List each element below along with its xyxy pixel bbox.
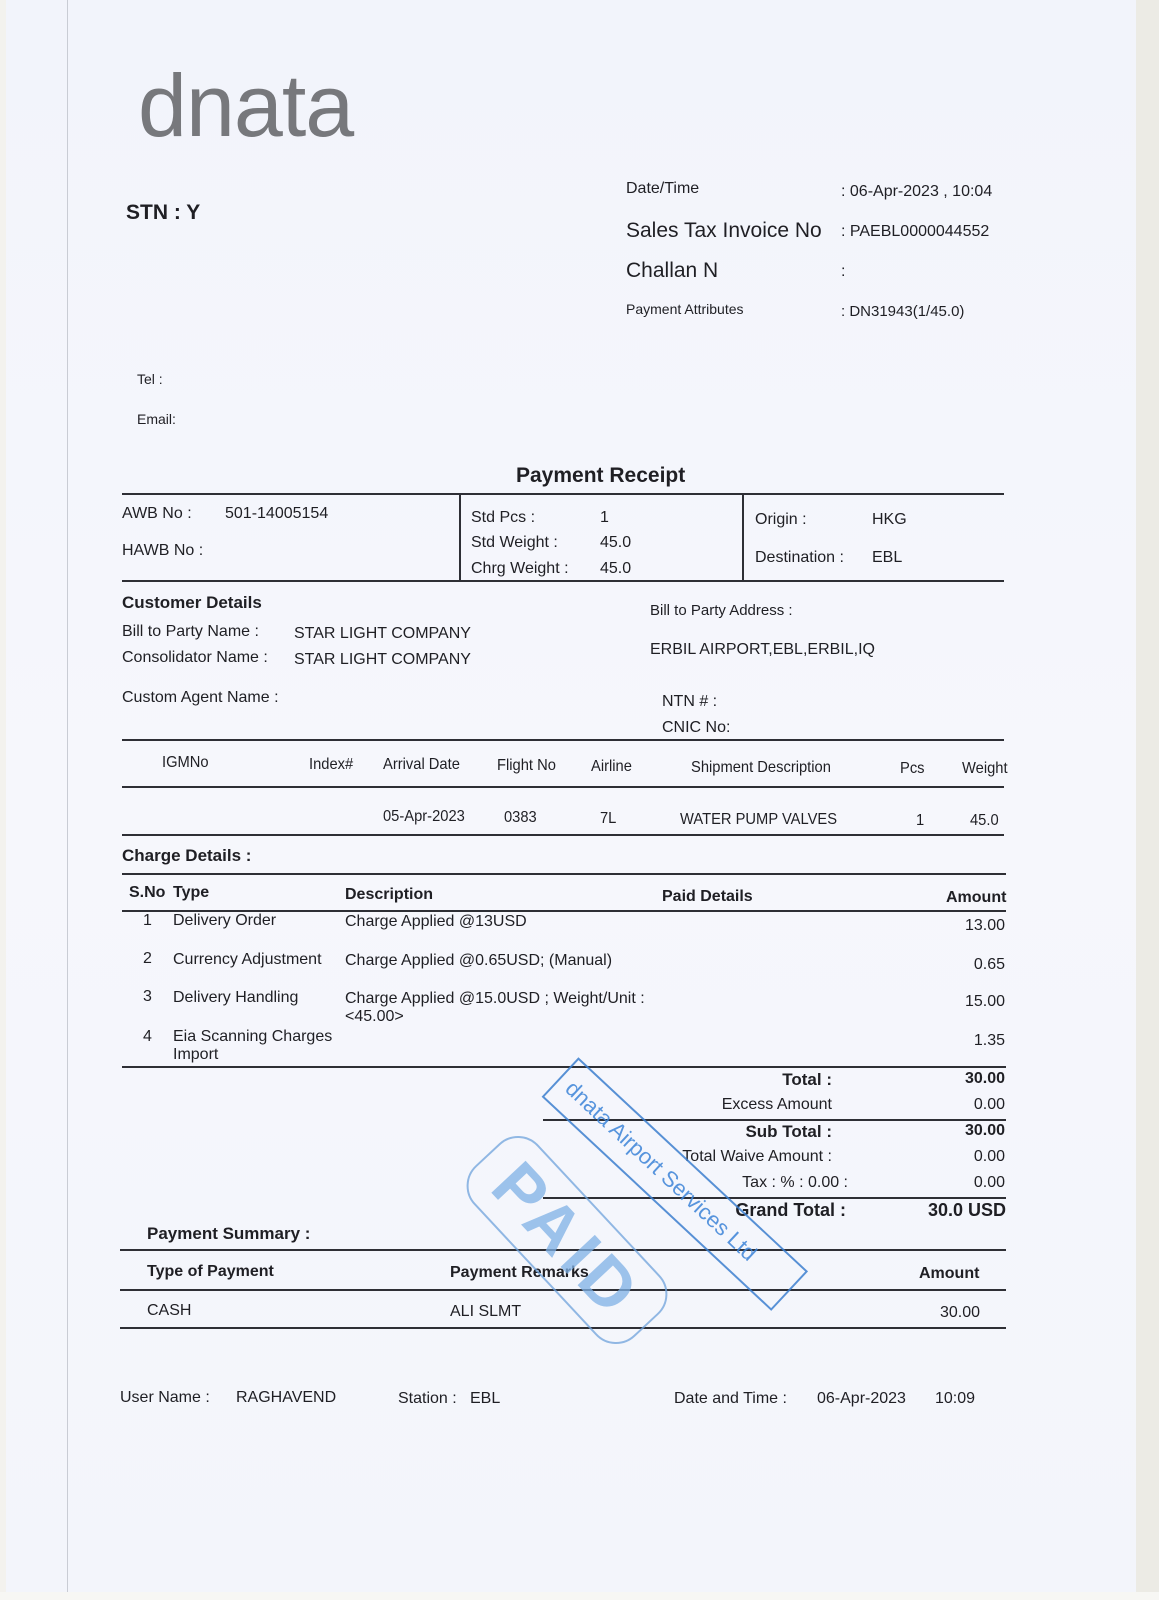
airline-cell: 7L xyxy=(600,810,616,828)
col-sno: S.No xyxy=(129,884,165,902)
consolidator-value: STAR LIGHT COMPANY xyxy=(294,651,471,669)
chrg-weight-label: Chrg Weight : xyxy=(471,560,569,578)
dnata-logo: dnata xyxy=(138,62,353,150)
divider xyxy=(742,494,744,582)
date-time-label: Date/Time xyxy=(626,180,699,198)
footer-datetime-label: Date and Time : xyxy=(674,1390,787,1408)
tax-value: 0.00 xyxy=(900,1174,1005,1192)
ntn-label: NTN # : xyxy=(662,693,717,711)
custom-agent-label: Custom Agent Name : xyxy=(122,689,279,707)
challan-value: : xyxy=(841,263,845,281)
col-shipment-description: Shipment Description xyxy=(691,759,831,777)
cnic-label: CNIC No: xyxy=(662,719,730,737)
payment-amount-cell: 30.00 xyxy=(900,1304,980,1322)
destination-value: EBL xyxy=(872,549,902,567)
bill-to-name-value: STAR LIGHT COMPANY xyxy=(294,625,471,643)
arrival-date-cell: 05-Apr-2023 xyxy=(383,808,465,826)
excess-amount-label: Excess Amount xyxy=(630,1096,832,1114)
email-label: Email: xyxy=(137,411,176,427)
fold-line xyxy=(67,0,68,1592)
payment-attributes-label: Payment Attributes xyxy=(626,301,744,317)
col-arrival-date: Arrival Date xyxy=(383,756,460,774)
grand-total-value: 30.0 USD xyxy=(880,1200,1006,1221)
page-edge xyxy=(1136,0,1159,1600)
col-weight: Weight xyxy=(962,760,1008,778)
type-cell: Eia Scanning Charges xyxy=(173,1028,332,1046)
type-cell: Currency Adjustment xyxy=(173,951,322,969)
col-amount: Amount xyxy=(946,889,1006,907)
waive-amount-value: 0.00 xyxy=(900,1148,1005,1166)
description-cell: Charge Applied @13USD xyxy=(345,913,527,931)
total-label: Total : xyxy=(630,1070,832,1090)
awb-label: AWB No : xyxy=(122,505,192,523)
col-description: Description xyxy=(345,886,433,904)
footer-date-value: 06-Apr-2023 xyxy=(817,1390,906,1408)
station-value: EBL xyxy=(470,1390,500,1408)
origin-value: HKG xyxy=(872,511,907,529)
std-pcs-value: 1 xyxy=(600,509,609,527)
col-flight-no: Flight No xyxy=(497,757,556,775)
col-pcs: Pcs xyxy=(900,760,925,778)
excess-amount-value: 0.00 xyxy=(900,1096,1005,1114)
divider xyxy=(122,834,1004,836)
type-cell: Delivery Handling xyxy=(173,989,298,1007)
std-weight-label: Std Weight : xyxy=(471,534,558,552)
challan-label: Challan N xyxy=(626,259,718,283)
description-cell: Charge Applied @15.0USD ; Weight/Unit : xyxy=(345,990,645,1008)
user-name-value: RAGHAVEND xyxy=(236,1389,336,1407)
sno-cell: 4 xyxy=(143,1028,152,1046)
flight-no-cell: 0383 xyxy=(504,809,537,827)
payment-attributes-value: : DN31943(1/45.0) xyxy=(841,303,964,320)
total-value: 30.00 xyxy=(900,1070,1005,1088)
charge-details-heading: Charge Details : xyxy=(122,846,251,866)
stn-label-text: STN : xyxy=(126,201,181,224)
divider xyxy=(122,786,1004,788)
customer-details-heading: Customer Details xyxy=(122,593,262,613)
stn-label: STN : Y xyxy=(126,201,200,225)
bill-to-address-value: ERBIL AIRPORT,EBL,ERBIL,IQ xyxy=(650,641,875,659)
invoice-label: Sales Tax Invoice No xyxy=(626,219,822,243)
consolidator-label: Consolidator Name : xyxy=(122,649,268,667)
type-cell: Delivery Order xyxy=(173,912,276,930)
divider xyxy=(122,1066,1006,1068)
col-igmno: IGMNo xyxy=(162,754,209,772)
footer-time-value: 10:09 xyxy=(935,1390,975,1408)
tel-label: Tel : xyxy=(137,371,163,387)
divider xyxy=(122,580,1004,582)
payment-type-cell: CASH xyxy=(147,1302,191,1320)
divider xyxy=(543,1197,1006,1199)
divider xyxy=(459,494,461,582)
date-time-value: : 06-Apr-2023 , 10:04 xyxy=(841,183,992,201)
user-name-label: User Name : xyxy=(120,1389,210,1407)
payment-remarks-cell: ALI SLMT xyxy=(450,1303,521,1321)
sno-cell: 2 xyxy=(143,950,152,968)
bill-to-address-label: Bill to Party Address : xyxy=(650,602,793,619)
description-cell: Charge Applied @0.65USD; (Manual) xyxy=(345,952,612,970)
amount-cell: 13.00 xyxy=(900,917,1005,935)
station-label: Station : xyxy=(398,1390,457,1408)
std-pcs-label: Std Pcs : xyxy=(471,509,535,527)
col-payment-amount: Amount xyxy=(919,1265,979,1283)
origin-label: Origin : xyxy=(755,511,807,529)
std-weight-value: 45.0 xyxy=(600,534,631,552)
shipment-description-cell: WATER PUMP VALVES xyxy=(680,811,837,829)
type-cell-line2: Import xyxy=(173,1046,218,1064)
col-type: Type xyxy=(173,884,209,902)
col-paid-details: Paid Details xyxy=(662,888,753,906)
col-type-of-payment: Type of Payment xyxy=(147,1263,274,1281)
hawb-label: HAWB No : xyxy=(122,542,203,560)
pcs-cell: 1 xyxy=(916,812,924,830)
divider xyxy=(122,739,1004,741)
amount-cell: 1.35 xyxy=(900,1032,1005,1050)
destination-label: Destination : xyxy=(755,549,844,567)
divider xyxy=(122,493,1004,495)
divider xyxy=(120,1327,1006,1329)
sno-cell: 1 xyxy=(143,912,152,930)
awb-value: 501-14005154 xyxy=(225,505,328,523)
invoice-value: : PAEBL0000044552 xyxy=(841,223,989,241)
description-cell-line2: <45.00> xyxy=(345,1008,404,1026)
payment-summary-heading: Payment Summary : xyxy=(147,1224,310,1244)
amount-cell: 0.65 xyxy=(900,956,1005,974)
page-title: Payment Receipt xyxy=(516,464,685,488)
sno-cell: 3 xyxy=(143,988,152,1006)
amount-cell: 15.00 xyxy=(900,993,1005,1011)
bill-to-name-label: Bill to Party Name : xyxy=(122,623,259,641)
col-airline: Airline xyxy=(591,758,632,776)
weight-cell: 45.0 xyxy=(970,812,999,830)
subtotal-value: 30.00 xyxy=(900,1122,1005,1140)
page-edge-bottom xyxy=(0,1592,1159,1600)
stn-value: Y xyxy=(186,201,200,224)
chrg-weight-value: 45.0 xyxy=(600,560,631,578)
col-index: Index# xyxy=(309,756,353,774)
divider xyxy=(122,873,1006,875)
